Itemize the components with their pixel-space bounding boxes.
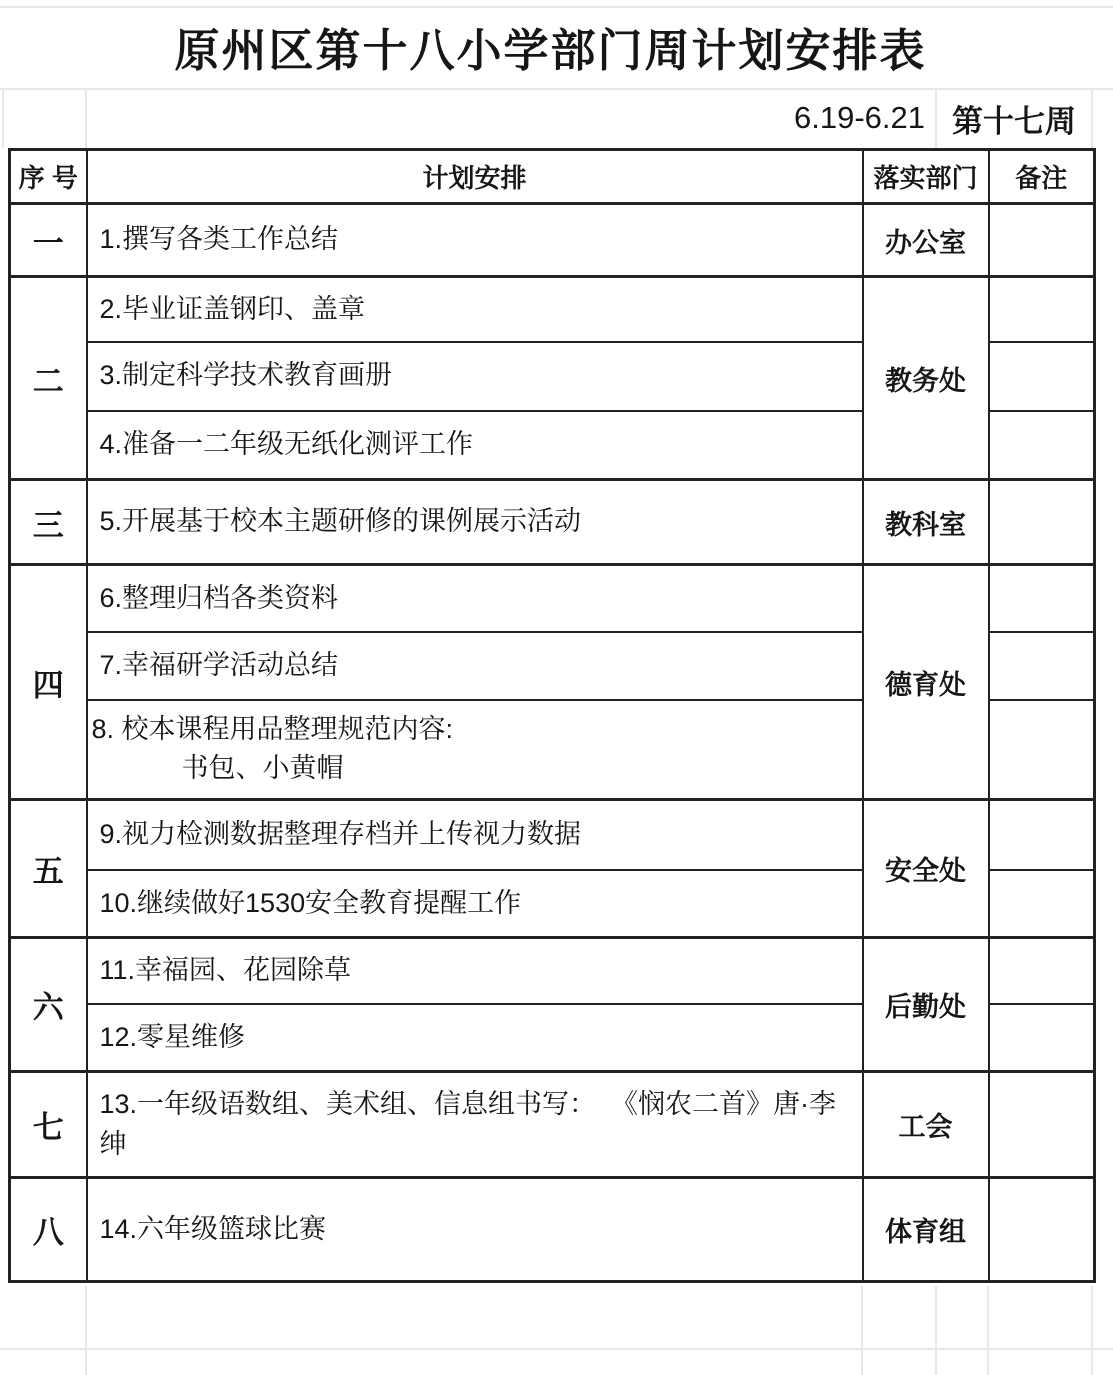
plan-item-cell: 4.准备一二年级无纸化测评工作 xyxy=(87,411,863,480)
department-cell: 后勤处 xyxy=(863,938,989,1072)
index-cell: 四 xyxy=(10,565,87,800)
plan-item-cell: 5.开展基于校本主题研修的课例展示活动 xyxy=(87,480,863,565)
table-row: 三 5.开展基于校本主题研修的课例展示活动 教科室 xyxy=(10,480,1095,565)
plan-item-cell: 9.视力检测数据整理存档并上传视力数据 xyxy=(87,800,863,870)
remarks-cell xyxy=(989,700,1095,800)
table-row: 四 6.整理归档各类资料 德育处 xyxy=(10,565,1095,632)
plan-item-cell: 6.整理归档各类资料 xyxy=(87,565,863,632)
header-index: 序 号 xyxy=(10,150,87,204)
plan-item-cell: 2.毕业证盖钢印、盖章 xyxy=(87,277,863,342)
table-row: 八 14.六年级篮球比赛 体育组 xyxy=(10,1178,1095,1282)
plan-item-cell: 3.制定科学技术教育画册 xyxy=(87,342,863,411)
remarks-cell xyxy=(989,565,1095,632)
document-title-block: 原州区第十八小学部门周计划安排表 xyxy=(8,4,1093,88)
plan-item-cell: 14.六年级篮球比赛 xyxy=(87,1178,863,1282)
plan-item-cell: 13.一年级语数组、美术组、信息组书写： 《悯农二首》唐·李绅 xyxy=(87,1072,863,1178)
remarks-cell xyxy=(989,938,1095,1004)
remarks-cell xyxy=(989,870,1095,938)
remarks-cell xyxy=(989,800,1095,870)
week-label: 第十七周 xyxy=(935,88,1093,148)
grid-line-bottom-col-1 xyxy=(85,1286,87,1375)
index-cell: 六 xyxy=(10,938,87,1072)
grid-line-bottom-col-4 xyxy=(987,1286,989,1375)
index-cell: 七 xyxy=(10,1072,87,1178)
table-row: 七 13.一年级语数组、美术组、信息组书写： 《悯农二首》唐·李绅 工会 xyxy=(10,1072,1095,1178)
plan-item-cell: 12.零星维修 xyxy=(87,1004,863,1072)
remarks-cell xyxy=(989,1178,1095,1282)
header-remarks: 备注 xyxy=(989,150,1095,204)
remarks-cell xyxy=(989,411,1095,480)
department-cell: 教务处 xyxy=(863,277,989,480)
remarks-cell xyxy=(989,632,1095,700)
date-week-row: 6.19-6.21 第十七周 xyxy=(0,88,1113,148)
department-cell: 工会 xyxy=(863,1072,989,1178)
plan-item-cell: 1.撰写各类工作总结 xyxy=(87,204,863,277)
department-cell: 教科室 xyxy=(863,480,989,565)
page-root: 原州区第十八小学部门周计划安排表 6.19-6.21 第十七周 序 号 计划安排… xyxy=(0,0,1113,1375)
department-cell: 德育处 xyxy=(863,565,989,800)
index-cell: 三 xyxy=(10,480,87,565)
remarks-cell xyxy=(989,277,1095,342)
table-row: 六 11.幸福园、花园除草 后勤处 xyxy=(10,938,1095,1004)
department-cell: 安全处 xyxy=(863,800,989,938)
header-plan: 计划安排 xyxy=(87,150,863,204)
table-row: 一 1.撰写各类工作总结 办公室 xyxy=(10,204,1095,277)
index-cell: 八 xyxy=(10,1178,87,1282)
table-row: 五 9.视力检测数据整理存档并上传视力数据 安全处 xyxy=(10,800,1095,870)
grid-line-left-edge xyxy=(2,88,4,148)
table-row: 二 2.毕业证盖钢印、盖章 教务处 xyxy=(10,277,1095,342)
weekly-plan-table: 序 号 计划安排 落实部门 备注 一 1.撰写各类工作总结 办公室 二 2.毕业… xyxy=(8,148,1096,1283)
grid-line-bottom-row xyxy=(0,1348,1113,1350)
remarks-cell xyxy=(989,480,1095,565)
index-cell: 五 xyxy=(10,800,87,938)
remarks-cell xyxy=(989,1004,1095,1072)
grid-line-bottom-col-3 xyxy=(935,1286,937,1375)
department-cell: 体育组 xyxy=(863,1178,989,1282)
remarks-cell xyxy=(989,204,1095,277)
remarks-cell xyxy=(989,1072,1095,1178)
index-cell: 一 xyxy=(10,204,87,277)
plan-item-cell: 10.继续做好1530安全教育提醒工作 xyxy=(87,870,863,938)
grid-line-bottom-col-5 xyxy=(1091,1286,1093,1375)
page-title: 原州区第十八小学部门周计划安排表 xyxy=(174,14,926,79)
index-cell: 二 xyxy=(10,277,87,480)
plan-item-cell: 11.幸福园、花园除草 xyxy=(87,938,863,1004)
plan-item-cell: 8. 校本课程用品整理规范内容: 书包、小黄帽 xyxy=(87,700,863,800)
department-cell: 办公室 xyxy=(863,204,989,277)
header-department: 落实部门 xyxy=(863,150,989,204)
remarks-cell xyxy=(989,342,1095,411)
plan-item-cell: 7.幸福研学活动总结 xyxy=(87,632,863,700)
grid-line-bottom-col-2 xyxy=(861,1286,863,1375)
date-range: 6.19-6.21 xyxy=(85,88,935,148)
table-header-row: 序 号 计划安排 落实部门 备注 xyxy=(10,150,1095,204)
